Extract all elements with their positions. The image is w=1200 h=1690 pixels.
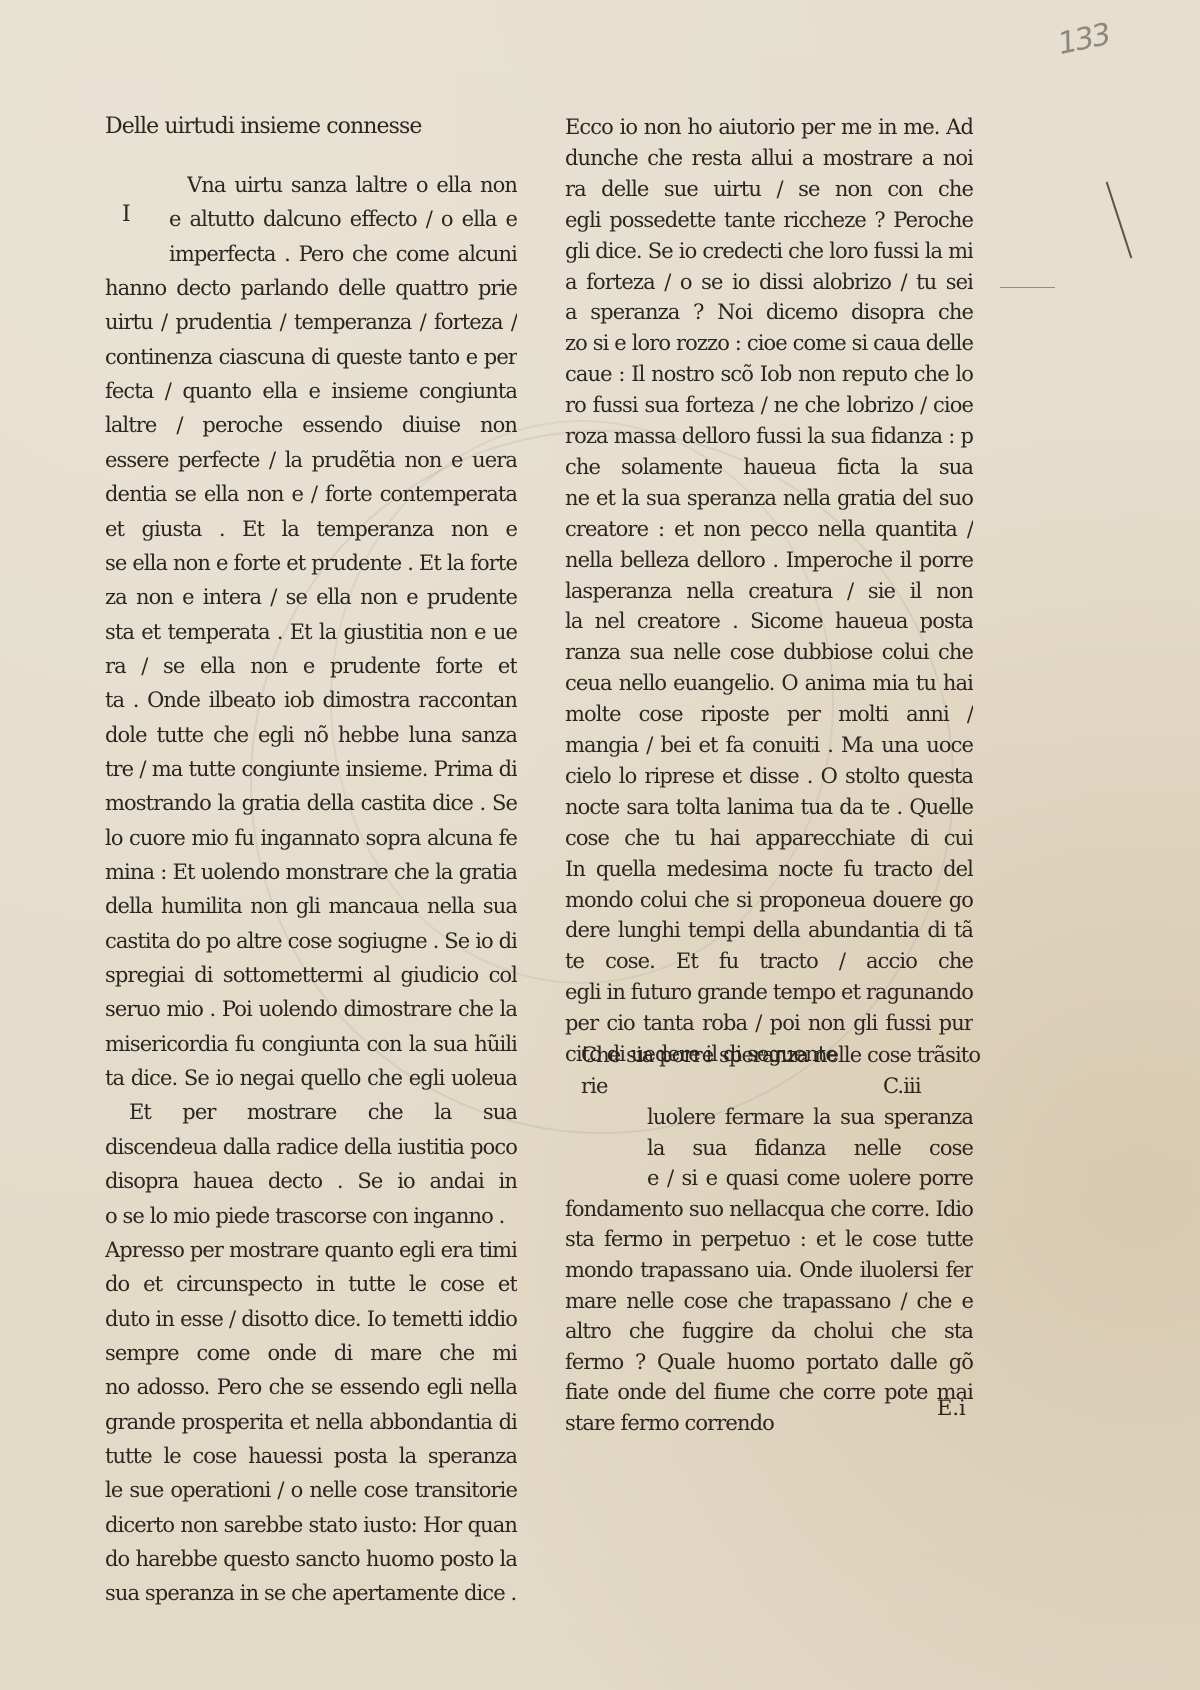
text-line: e / si e quasi come uolere porre lo bbox=[647, 1163, 973, 1193]
text-line: mostrando la gratia della castita dice .… bbox=[105, 788, 517, 818]
text-line: cielo lo riprese et disse . O stolto que… bbox=[565, 761, 973, 791]
text-line: ra / se ella non e prudente forte et tem… bbox=[105, 651, 517, 681]
text-line: ranza sua nelle cose dubbiose colui che … bbox=[565, 637, 973, 667]
text-line: sua speranza in se che apertamente dice … bbox=[105, 1578, 517, 1608]
text-line: se ella non e forte et prudente . Et la … bbox=[105, 548, 517, 578]
text-line: dicerto non sarebbe stato iusto: Hor qua… bbox=[105, 1510, 517, 1540]
text-line: le sue operationi / o nelle cose transit… bbox=[105, 1475, 517, 1505]
text-line: essere perfecte / la prudẽtia non e uera… bbox=[105, 445, 517, 475]
chapter-number: I bbox=[122, 202, 131, 227]
text-line: Vna uirtu sanza laltre o ella non bbox=[187, 170, 517, 200]
text-line: do et circunspecto in tutte le cose et p… bbox=[105, 1269, 517, 1299]
margin-mark bbox=[1106, 182, 1133, 259]
text-line: ceua nello euangelio. O anima mia tu hai bbox=[565, 668, 973, 698]
text-line: lasperanza nella creatura / sie il non h… bbox=[565, 576, 973, 606]
text-line: nocte sara tolta lanima tua da te . Quel… bbox=[565, 792, 973, 822]
text-line: sta et temperata . Et la giustitia non e… bbox=[105, 617, 517, 647]
text-line: imperfecta . Pero che come alcuni bbox=[169, 239, 517, 269]
text-line: dere lunghi tempi della abundantia di tã bbox=[565, 915, 973, 945]
text-line: laltre / peroche essendo diuise non poss… bbox=[105, 410, 517, 440]
text-line: fondamento suo nellacqua che corre. Idio bbox=[565, 1194, 973, 1224]
text-line: la nel creatore . Sicome haueua posta la… bbox=[565, 606, 973, 636]
text-line: molte cose riposte per molti anni / ripo… bbox=[565, 699, 973, 729]
text-line: a speranza ? Noi dicemo disopra che lobr… bbox=[565, 297, 973, 327]
section-heading: Delle uirtudi insieme connesse bbox=[105, 112, 422, 142]
text-line: sempre come onde di mare che mi uenissi bbox=[105, 1338, 517, 1368]
text-line: continenza ciascuna di queste tanto e pe… bbox=[105, 342, 517, 372]
text-line: seruo mio . Poi uolendo dimostrare che l… bbox=[105, 994, 517, 1024]
text-line: ne et la sua speranza nella gratia del s… bbox=[565, 483, 973, 513]
text-line: sta fermo in perpetuo : et le cose tutte… bbox=[565, 1224, 973, 1254]
text-line: per cio tanta roba / poi non gli fussi p… bbox=[565, 1008, 973, 1038]
text-line: zo si e loro rozzo : cioe come si caua d… bbox=[565, 328, 973, 358]
folio-number: 133 bbox=[1055, 17, 1112, 62]
text-line: gli dice. Se io credecti che loro fussi … bbox=[565, 236, 973, 266]
margin-mark bbox=[1000, 287, 1055, 288]
text-line: fermo ? Quale huomo portato dalle gõ bbox=[565, 1347, 973, 1377]
text-line: Apresso per mostrare quanto egli era tim… bbox=[105, 1235, 517, 1265]
text-line: a forteza / o se io dissi alobrizo / tu … bbox=[565, 267, 973, 297]
text-line: ro fussi sua forteza / ne che lobrizo / … bbox=[565, 390, 973, 420]
text-line: Et per mostrare che la sua misericordia bbox=[129, 1097, 517, 1127]
text-line: mangia / bei et fa conuiti . Ma una uoce… bbox=[565, 730, 973, 760]
manuscript-page: 133 Delle uirtudi insieme connesse I Vna… bbox=[0, 0, 1200, 1690]
text-line: caue : Il nostro scõ Iob non reputo che … bbox=[565, 359, 973, 389]
chapter-heading-cont: rie bbox=[581, 1071, 607, 1101]
text-line: della humilita non gli mancaua nella sua bbox=[105, 891, 517, 921]
text-line: mondo trapassano uia. Onde iluolersi fer bbox=[565, 1255, 973, 1285]
text-line: ta . Onde ilbeato iob dimostra raccontan bbox=[105, 685, 517, 715]
text-line: tre / ma tutte congiunte insieme. Prima … bbox=[105, 754, 517, 784]
text-line: Ecco io non ho aiutorio per me in me. Ad bbox=[565, 112, 973, 142]
text-line: e altutto dalcuno effecto / o ella e bbox=[169, 204, 517, 234]
text-line: altro che fuggire da cholui che sta semp… bbox=[565, 1316, 973, 1346]
text-line: et giusta . Et la temperanza non e perfe… bbox=[105, 514, 517, 544]
text-line: fecta / quanto ella e insieme congiunta … bbox=[105, 376, 517, 406]
text-line: duto in esse / disotto dice. Io temetti … bbox=[105, 1304, 517, 1334]
text-line: luolere fermare la sua speranza et bbox=[647, 1102, 973, 1132]
text-line: do harebbe questo sancto huomo posto la bbox=[105, 1544, 517, 1574]
text-line: hanno decto parlando delle quattro prie bbox=[105, 273, 517, 303]
text-line: uirtu / prudentia / temperanza / forteza… bbox=[105, 307, 517, 337]
text-line: no adosso. Pero che se essendo egli nell… bbox=[105, 1372, 517, 1402]
text-line: za non e intera / se ella non e prudente… bbox=[105, 582, 517, 612]
text-line: tutte le cose hauessi posta la speranza … bbox=[105, 1441, 517, 1471]
text-line: dole tutte che egli nõ hebbe luna sanza … bbox=[105, 720, 517, 750]
text-line: roza massa delloro fussi la sua fidanza … bbox=[565, 421, 973, 451]
text-line: In quella medesima nocte fu tracto del bbox=[565, 854, 973, 884]
text-line: dunche che resta allui a mostrare a noi … bbox=[565, 143, 973, 173]
chapter-number: C.iii bbox=[883, 1071, 921, 1101]
signature-mark: E.i bbox=[937, 1396, 966, 1420]
text-line: cose che tu hai apparecchiate di cui sar… bbox=[565, 823, 973, 853]
text-line: grande prosperita et nella abbondantia d… bbox=[105, 1407, 517, 1437]
text-line: mina : Et uolendo monstrare che la grati… bbox=[105, 857, 517, 887]
text-line: mondo colui che si proponeua douere go bbox=[565, 885, 973, 915]
text-line: o se lo mio piede trascorse con inganno … bbox=[105, 1201, 517, 1231]
text-line: dentia se ella non e / forte contemperat… bbox=[105, 479, 517, 509]
text-line: discendeua dalla radice della iustitia p… bbox=[105, 1132, 517, 1162]
text-line: nella belleza delloro . Imperoche il por… bbox=[565, 545, 973, 575]
text-line: egli in futuro grande tempo et ragunando bbox=[565, 977, 973, 1007]
text-line: spregiai di sottomettermi al giudicio co… bbox=[105, 960, 517, 990]
text-line: che solamente haueua ficta la sua dilect… bbox=[565, 452, 973, 482]
text-line: egli possedette tante riccheze ? Peroche… bbox=[565, 205, 973, 235]
text-line: creatore : et non pecco nella quantita /… bbox=[565, 514, 973, 544]
chapter-heading: Che sia porre speranza nelle cose trãsit… bbox=[581, 1040, 980, 1070]
text-line: te cose. Et fu tracto / accio che guarda… bbox=[565, 946, 973, 976]
text-line: disopra hauea decto . Se io andai in uan… bbox=[105, 1166, 517, 1196]
text-line: lo cuore mio fu ingannato sopra alcuna f… bbox=[105, 823, 517, 853]
text-line: ta dice. Se io negai quello che egli uol… bbox=[105, 1063, 517, 1093]
text-line: castita do po altre cose sogiugne . Se i… bbox=[105, 926, 517, 956]
text-line: fiate onde del fiume che corre pote mai bbox=[565, 1377, 973, 1407]
text-line: mare nelle cose che trapassano / che e e… bbox=[565, 1286, 973, 1316]
text-line: la sua fidanza nelle cose transitori bbox=[647, 1133, 973, 1163]
text-line: stare fermo correndo bbox=[565, 1408, 973, 1438]
text-line: misericordia fu congiunta con la sua hũi… bbox=[105, 1029, 517, 1059]
text-line: ra delle sue uirtu / se non con che inte… bbox=[565, 174, 973, 204]
